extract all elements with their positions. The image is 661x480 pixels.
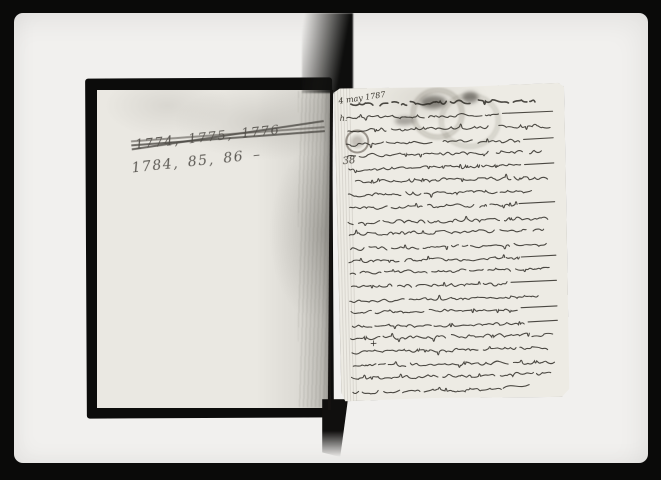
manuscript-page: 4 may 1787 h. 38 +: [334, 83, 571, 402]
gutter-shadow-streaks: [298, 91, 331, 407]
handwritten-body-text: [334, 83, 571, 402]
scanned-register-photo: 1774, 1775, 1776 1784, 85, 86 – 4 may 17…: [0, 0, 661, 480]
spine-shadow-top: [302, 13, 353, 93]
